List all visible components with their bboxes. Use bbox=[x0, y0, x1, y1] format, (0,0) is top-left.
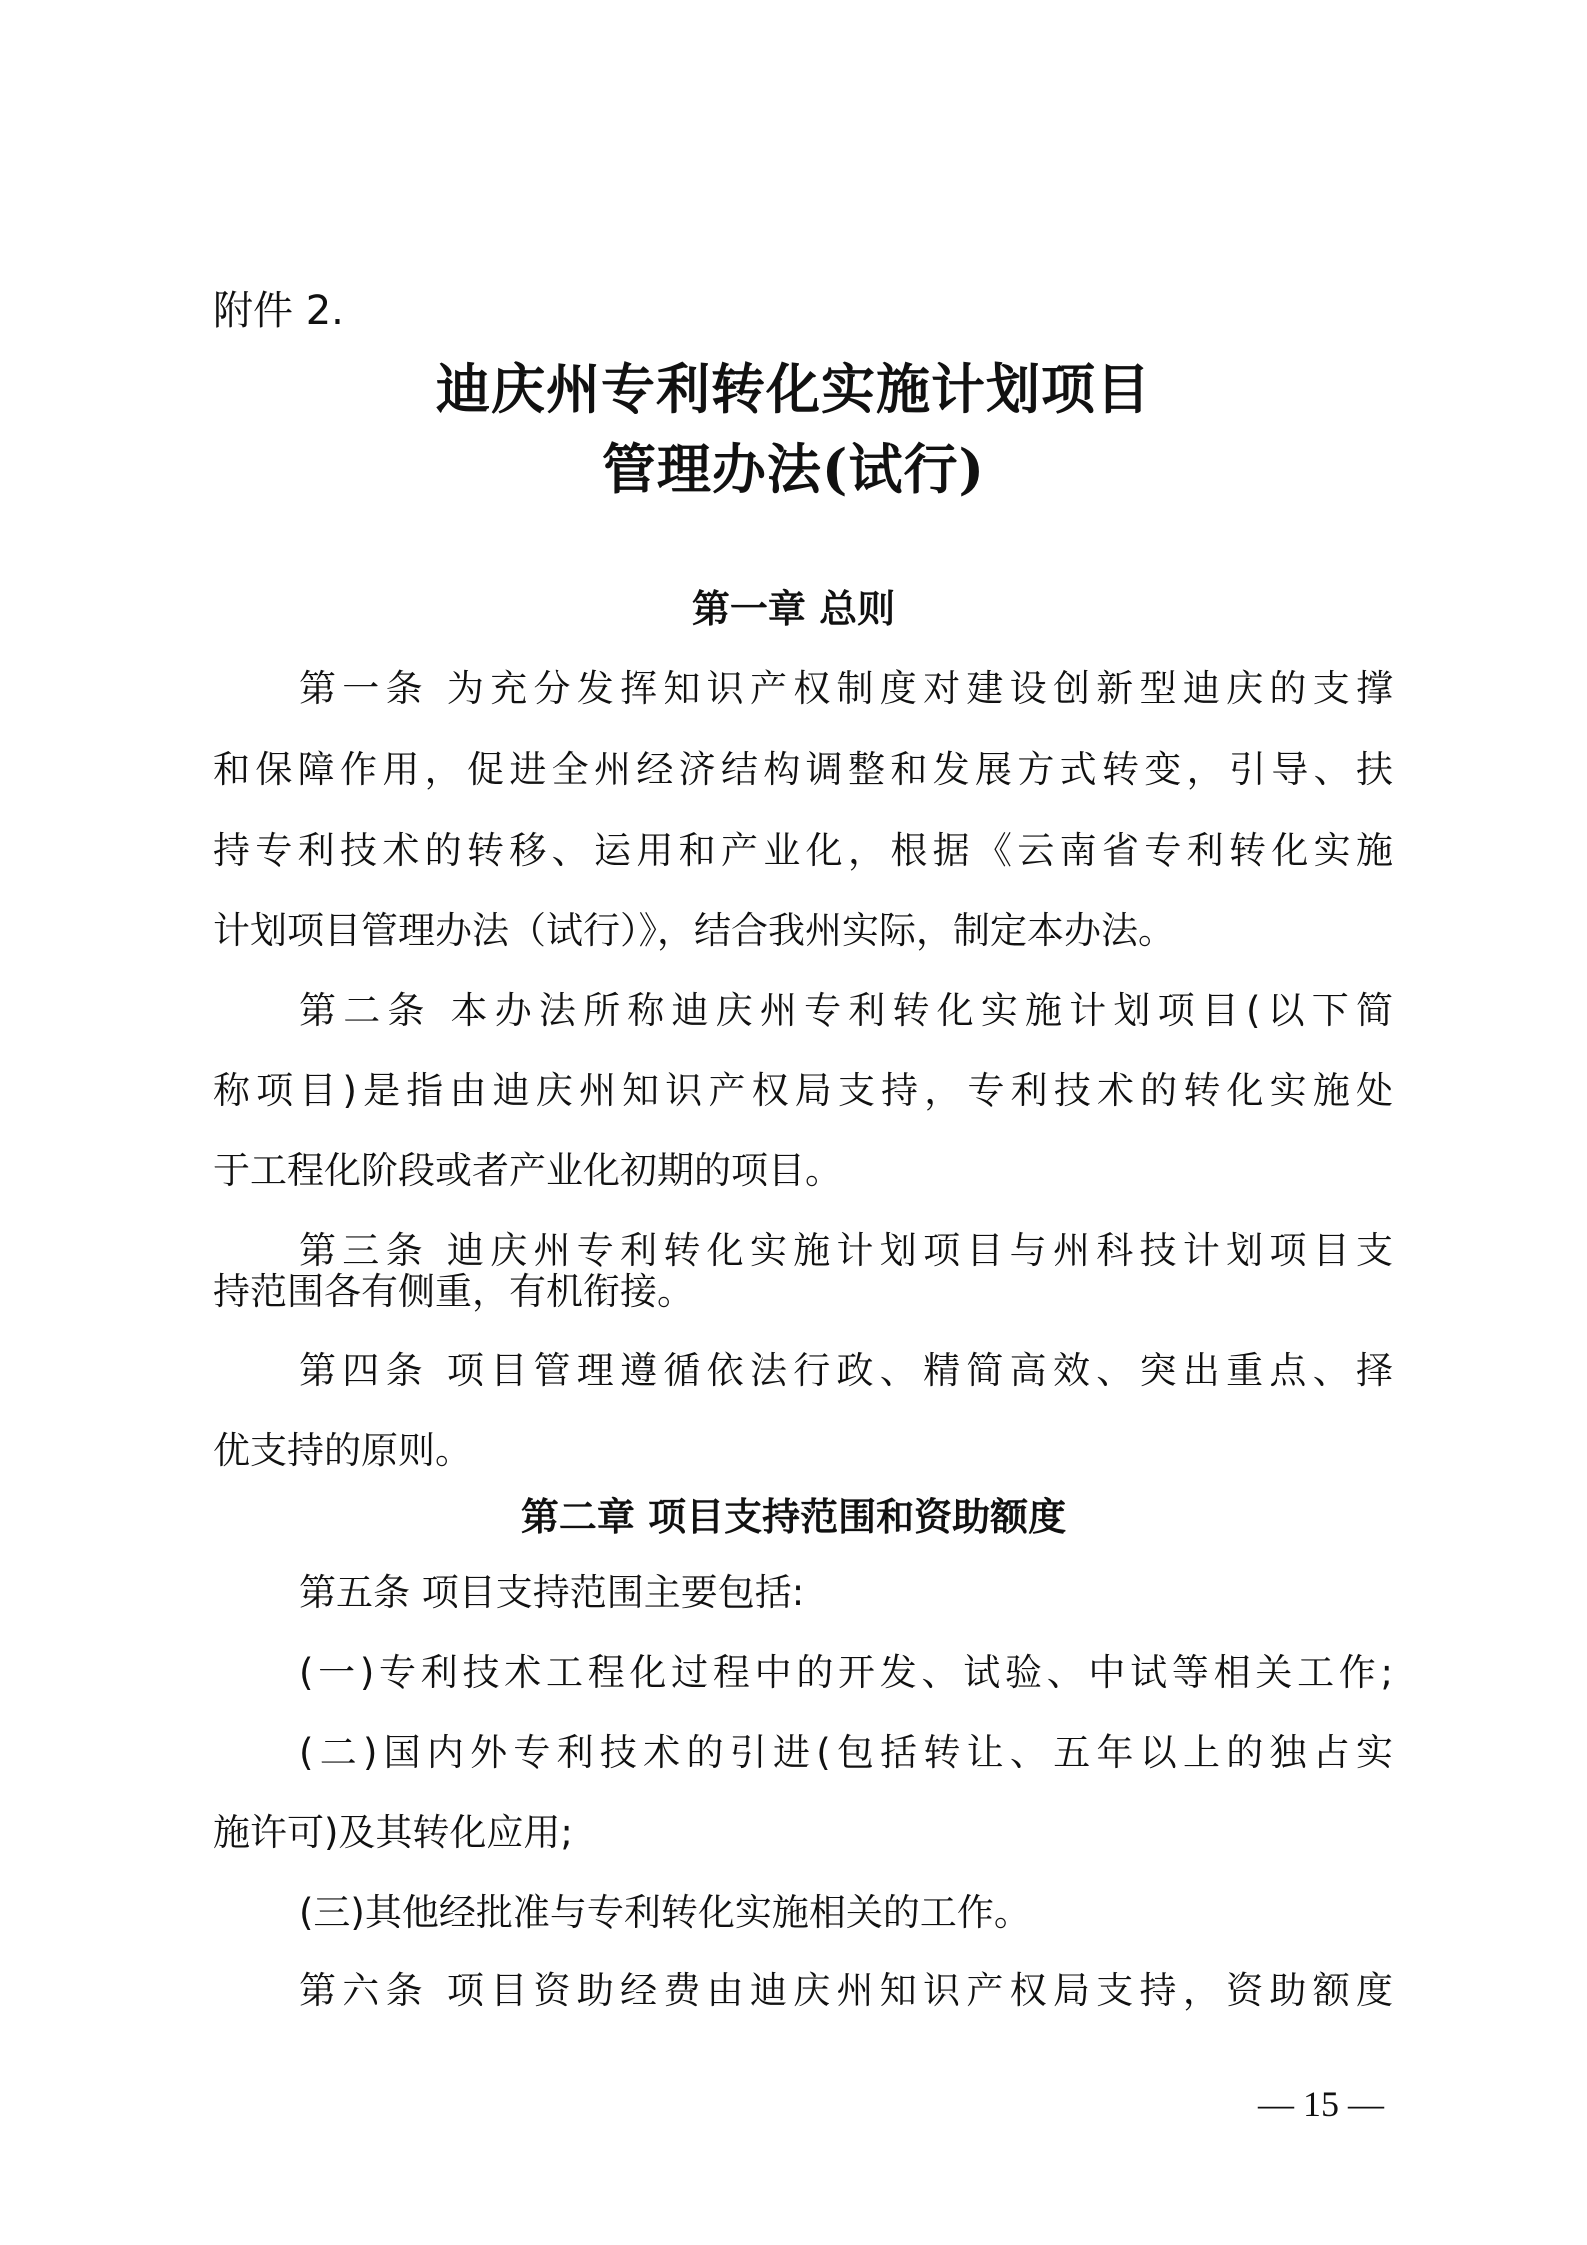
paragraph-line: 称项目)是指由迪庆州知识产权局支持，专利技术的转化实施处 bbox=[213, 1066, 1393, 1116]
chapter-heading: 第二章 项目支持范围和资助额度 bbox=[0, 1492, 1587, 1542]
paragraph-line: 于工程化阶段或者产业化初期的项目。 bbox=[213, 1146, 1393, 1196]
paragraph-line: 持专利技术的转移、运用和产业化，根据《云南省专利转化实施 bbox=[213, 826, 1393, 876]
paragraph-line: 第二条 本办法所称迪庆州专利转化实施计划项目(以下简 bbox=[299, 986, 1393, 1036]
document-page: 附件 2. 迪庆州专利转化实施计划项目 管理办法(试行) 第一章 总则 第一条 … bbox=[0, 0, 1587, 2245]
document-title-line-1: 迪庆州专利转化实施计划项目 bbox=[0, 356, 1587, 422]
page-number: — 15 — bbox=[1258, 2082, 1384, 2126]
chapter-heading: 第一章 总则 bbox=[0, 584, 1587, 634]
paragraph-line: 持范围各有侧重，有机衔接。 bbox=[213, 1267, 1393, 1317]
paragraph-line: (二)国内外专利技术的引进(包括转让、五年以上的独占实 bbox=[299, 1728, 1393, 1778]
paragraph-line: 和保障作用，促进全州经济结构调整和发展方式转变，引导、扶 bbox=[213, 745, 1393, 795]
paragraph-line: 优支持的原则。 bbox=[213, 1426, 1393, 1476]
attachment-label: 附件 2. bbox=[213, 286, 344, 336]
paragraph-line: 第四条 项目管理遵循依法行政、精简高效、突出重点、择 bbox=[299, 1346, 1393, 1396]
paragraph-line: 计划项目管理办法（试行）》，结合我州实际，制定本办法。 bbox=[213, 906, 1393, 956]
paragraph-line: 第五条 项目支持范围主要包括: bbox=[299, 1568, 1393, 1618]
paragraph-line: 第一条 为充分发挥知识产权制度对建设创新型迪庆的支撑 bbox=[299, 664, 1393, 714]
paragraph-line: 第六条 项目资助经费由迪庆州知识产权局支持，资助额度 bbox=[299, 1966, 1393, 2016]
document-title-line-2: 管理办法(试行) bbox=[0, 436, 1587, 502]
paragraph-line: (一)专利技术工程化过程中的开发、试验、中试等相关工作; bbox=[299, 1648, 1393, 1698]
paragraph-line: 施许可)及其转化应用; bbox=[213, 1808, 1393, 1858]
paragraph-line: (三)其他经批准与专利转化实施相关的工作。 bbox=[299, 1888, 1393, 1938]
